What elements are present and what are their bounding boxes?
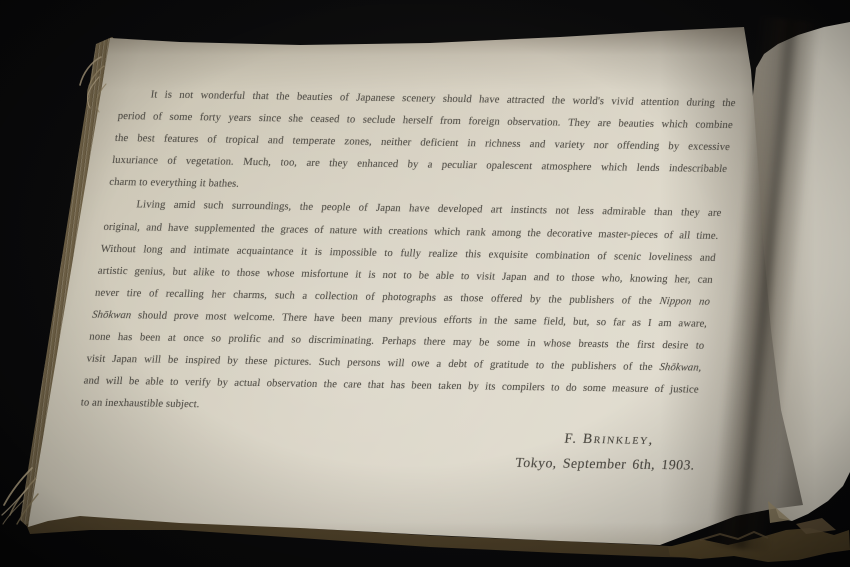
book-title-italic: Shōkwan bbox=[91, 310, 132, 322]
text-segment: visit Japan will be inspired by these pi… bbox=[86, 354, 660, 373]
book-title-italic: Nippon no bbox=[659, 296, 711, 308]
book-title-italic: Shōkwan, bbox=[659, 362, 702, 374]
text-segment: should prove most welcome. There have be… bbox=[131, 310, 708, 330]
text-segment: never tire of recalling her charms, such… bbox=[94, 287, 660, 306]
photo-of-open-book: It is not wonderful that the beauties of… bbox=[0, 0, 850, 567]
preface-text-block: It is not wonderful that the beauties of… bbox=[73, 84, 737, 476]
